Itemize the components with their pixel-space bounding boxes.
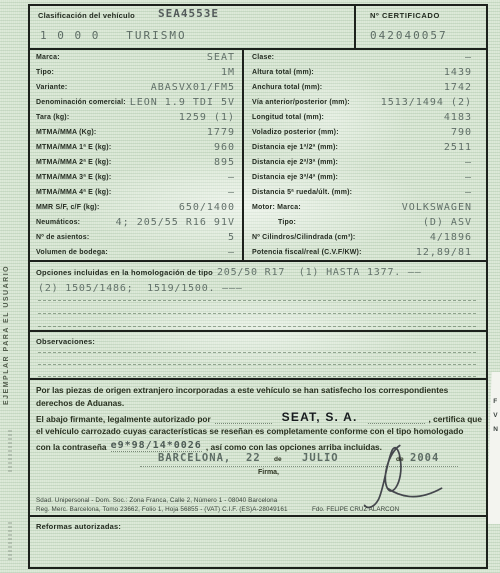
spec-label: Variante:	[36, 84, 67, 91]
spec-value: 960	[214, 142, 235, 153]
spec-row: MTMA/MMA (Kg):1779	[30, 125, 242, 140]
spec-row: Tipo:(D) ASV	[246, 215, 486, 230]
scanned-certificate-paper: EJEMPLAR PARA EL USUARIO F V N Clasifica…	[0, 0, 500, 573]
options-line2: (2) 1505/1486; 1519/1500. ———	[38, 283, 243, 294]
customs-text-line2: derechos de Aduanas.	[36, 398, 482, 408]
spec-row: Denominación comercial:LEON 1.9 TDI 5V	[30, 95, 242, 110]
options-label: Opciones incluidas en la homologación de…	[36, 268, 213, 277]
date-de1: de	[274, 456, 282, 463]
spec-row: Distancia 5ª rueda/últ. (mm):–	[246, 185, 486, 200]
artifact-letter: V	[493, 412, 498, 419]
spec-row: Nº de asientos:5	[30, 230, 242, 245]
spec-row: Altura total (mm):1439	[246, 65, 486, 80]
spec-label: Marca:	[36, 54, 60, 61]
spec-label: Altura total (mm):	[252, 69, 314, 76]
spec-value: LEON 1.9 TDI 5V	[130, 97, 235, 108]
spec-label: Distancia eje 3ª/4ª (mm):	[252, 174, 338, 181]
spec-value: –	[228, 247, 235, 258]
approval-code-value: e9*98/14*0026	[111, 440, 202, 452]
artifact-letter: N	[493, 426, 498, 433]
spec-value: –	[465, 157, 472, 168]
spec-row: MTMA/MMA 1ª E (kg):960	[30, 140, 242, 155]
spec-value: 1439	[444, 67, 472, 78]
signer-name: Fdo. FELIPE CRUZ ALARCON	[312, 506, 399, 513]
spec-label: Voladizo posterior (mm):	[252, 129, 339, 136]
blank-rule	[38, 326, 476, 327]
spec-label: MTMA/MMA 1ª E (kg):	[36, 144, 111, 151]
spec-value: 4183	[444, 112, 472, 123]
spec-label: Distancia 5ª rueda/últ. (mm):	[252, 189, 352, 196]
vehicle-spec-table: Marca:SEATTipo:1MVariante:ABASVX01/FM5De…	[30, 48, 486, 260]
scan-artifact-letters: F V N	[493, 398, 498, 433]
date-city: BARCELONA,	[158, 452, 231, 464]
options-line1: 205/50 R17 (1) HASTA 1377. ——	[217, 267, 422, 278]
spec-value: 1779	[207, 127, 235, 138]
spec-label: Distancia eje 2ª/3ª (mm):	[252, 159, 338, 166]
spec-label: MMR S/F, c/F (kg):	[36, 204, 100, 211]
spec-value: 1513/1494 (2)	[381, 97, 472, 108]
blank-rule	[38, 313, 476, 314]
spec-label: MTMA/MMA 2ª E (kg):	[36, 159, 111, 166]
spec-row: Volumen de bodega:–	[30, 245, 242, 260]
spec-value: –	[465, 172, 472, 183]
spec-row: Motor: Marca:VOLKSWAGEN	[246, 200, 486, 215]
authorization-line: El abajo firmante, legalmente autorizado…	[36, 410, 482, 424]
spec-row: MTMA/MMA 4ª E (kg):–	[30, 185, 242, 200]
spec-label: Nº de asientos:	[36, 234, 89, 241]
spec-row: Longitud total (mm):4183	[246, 110, 486, 125]
spec-label: MTMA/MMA 4ª E (kg):	[36, 189, 111, 196]
blank-rule	[38, 376, 476, 377]
blank-rule	[38, 352, 476, 353]
spec-label: Motor: Marca:	[252, 204, 301, 211]
spec-value: 1742	[444, 82, 472, 93]
spec-label: Longitud total (mm):	[252, 114, 324, 121]
spec-label: Clase:	[252, 54, 274, 61]
spec-value: VOLKSWAGEN	[402, 202, 472, 213]
spec-label: MTMA/MMA (Kg):	[36, 129, 96, 136]
company-registration-line1: Sdad. Unipersonal - Dom. Soc.: Zona Fran…	[36, 497, 277, 504]
spec-row: Vía anterior/posterior (mm):1513/1494 (2…	[246, 95, 486, 110]
spec-row: Marca:SEAT	[30, 50, 242, 65]
scan-page-edge-artifact	[487, 372, 500, 524]
spec-label: Volumen de bodega:	[36, 249, 108, 256]
options-section: Opciones incluidas en la homologación de…	[30, 260, 486, 330]
spec-value: 895	[214, 157, 235, 168]
spec-row: Distancia eje 3ª/4ª (mm):–	[246, 170, 486, 185]
spec-row: MTMA/MMA 2ª E (kg):895	[30, 155, 242, 170]
spec-value: –	[465, 52, 472, 63]
certification-section: Por las piezas de origen extranjero inco…	[30, 378, 486, 515]
spec-column-right: Clase:–Altura total (mm):1439Anchura tot…	[246, 50, 486, 260]
spec-label: MTMA/MMA 3ª E (kg):	[36, 174, 111, 181]
spec-value: 5	[228, 232, 235, 243]
spec-row: Distancia eje 1ª/2ª (mm):2511	[246, 140, 486, 155]
classification-cell: Clasificación del vehículo SEA4553E 1 0 …	[30, 6, 356, 48]
spec-label: Potencia fiscal/real (C.V.F/KW):	[252, 249, 362, 256]
spec-value: (D) ASV	[423, 217, 472, 228]
spec-label: Anchura total (mm):	[252, 84, 322, 91]
dotted-leader	[368, 416, 425, 424]
margin-fineprint-artifact	[8, 430, 12, 472]
spec-value: 4; 205/55 R16 91V	[116, 217, 235, 228]
spec-row: MMR S/F, c/F (kg):650/1400	[30, 200, 242, 215]
spec-value: 2511	[444, 142, 472, 153]
spec-value: SEAT	[207, 52, 235, 63]
authorization-suffix: , certifica que	[429, 414, 483, 424]
spec-row: Clase:–	[246, 50, 486, 65]
spec-value: ABASVX01/FM5	[151, 82, 235, 93]
certificate-number-label: Nº CERTIFICADO	[370, 11, 440, 20]
company-name: SEAT, S. A.	[282, 410, 358, 424]
spec-row: Potencia fiscal/real (C.V.F/KW):12,89/81	[246, 245, 486, 260]
document-frame: Clasificación del vehículo SEA4553E 1 0 …	[28, 4, 488, 569]
observations-section: Observaciones:	[30, 330, 486, 378]
blank-rule	[38, 364, 476, 365]
spec-value: 650/1400	[179, 202, 235, 213]
spec-value: –	[228, 172, 235, 183]
spec-row: Neumáticos:4; 205/55 R16 91V	[30, 215, 242, 230]
handwritten-signature	[330, 436, 460, 512]
spec-label: Tipo:	[36, 69, 54, 76]
spec-label: Tipo:	[252, 219, 296, 226]
spec-value: 1259 (1)	[179, 112, 235, 123]
company-registration-line2: Reg. Merc. Barcelona, Tomo 23662, Folio …	[36, 506, 288, 513]
spec-value: –	[228, 187, 235, 198]
vehicle-reference-overlay: SEA4553E	[158, 7, 219, 20]
signature-label: Firma,	[258, 469, 279, 476]
spec-value: 4/1896	[430, 232, 472, 243]
spec-row: Variante:ABASVX01/FM5	[30, 80, 242, 95]
margin-copy-label: EJEMPLAR PARA EL USUARIO	[3, 245, 10, 405]
spec-row: MTMA/MMA 3ª E (kg):–	[30, 170, 242, 185]
spec-label: Nº Cilindros/Cilindrada (cm³):	[252, 234, 355, 241]
spec-row: Nº Cilindros/Cilindrada (cm³):4/1896	[246, 230, 486, 245]
classification-value: 1 0 0 0 TURISMO	[40, 29, 187, 42]
spec-value: 1M	[221, 67, 235, 78]
spec-value: 12,89/81	[416, 247, 472, 258]
spec-label: Tara (kg):	[36, 114, 69, 121]
spec-label: Neumáticos:	[36, 219, 80, 226]
reforms-section: Reformas autorizadas:	[30, 515, 486, 567]
spec-value: –	[465, 187, 472, 198]
margin-fineprint-artifact	[8, 520, 12, 560]
classification-section: Clasificación del vehículo SEA4553E 1 0 …	[30, 6, 486, 48]
classification-label: Clasificación del vehículo	[38, 11, 135, 20]
observations-label: Observaciones:	[36, 337, 95, 346]
authorization-prefix: El abajo firmante, legalmente autorizado…	[36, 414, 211, 424]
spec-value: 790	[451, 127, 472, 138]
spec-row: Anchura total (mm):1742	[246, 80, 486, 95]
certificate-number-value: 042040057	[370, 29, 448, 42]
spec-row: Tipo:1M	[30, 65, 242, 80]
blank-rule	[38, 300, 476, 301]
certificate-number-cell: Nº CERTIFICADO 042040057	[356, 6, 486, 48]
conformity-text-line: el vehículo carrozado cuyas característi…	[36, 426, 482, 436]
spec-row: Voladizo posterior (mm):790	[246, 125, 486, 140]
customs-text-line1: Por las piezas de origen extranjero inco…	[36, 385, 482, 395]
reforms-label: Reformas autorizadas:	[36, 522, 121, 531]
artifact-letter: F	[493, 398, 498, 405]
spec-label: Distancia eje 1ª/2ª (mm):	[252, 144, 338, 151]
spec-label: Vía anterior/posterior (mm):	[252, 99, 350, 106]
approval-code-prefix: con la contraseña	[36, 442, 107, 452]
spec-label: Denominación comercial:	[36, 99, 126, 106]
spec-column-left: Marca:SEATTipo:1MVariante:ABASVX01/FM5De…	[30, 50, 244, 260]
spec-row: Distancia eje 2ª/3ª (mm):–	[246, 155, 486, 170]
spec-row: Tara (kg):1259 (1)	[30, 110, 242, 125]
dotted-leader	[215, 416, 272, 424]
date-day: 22	[246, 452, 261, 464]
